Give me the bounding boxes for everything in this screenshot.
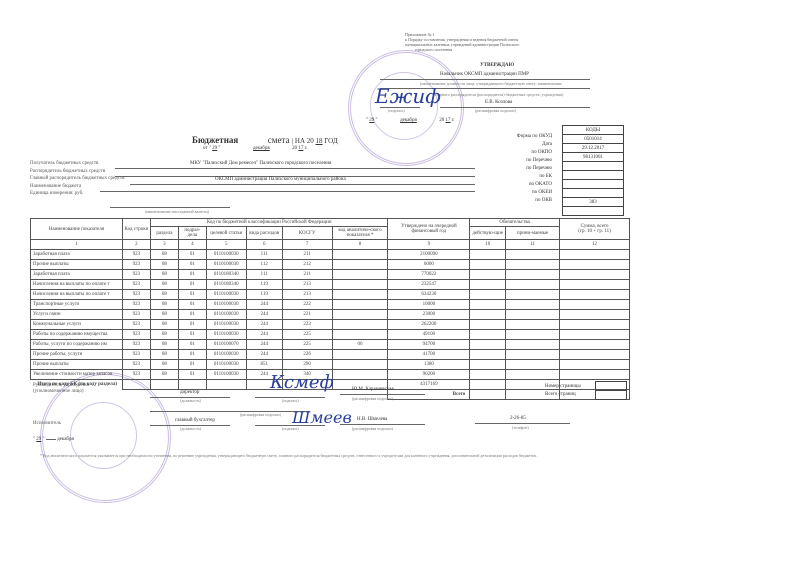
title-word1: Бюджетная xyxy=(192,135,238,145)
cell-code: 923 xyxy=(122,290,150,300)
cell-vid: 851 xyxy=(246,360,282,370)
column-number: 6 xyxy=(246,240,282,250)
cell-razdel: 08 xyxy=(150,260,178,270)
cell-empty xyxy=(506,330,560,340)
appendix-line: городского поселения xyxy=(405,47,605,52)
cell-kosgu: 223 xyxy=(282,320,332,330)
cell-approved: 23000 xyxy=(388,310,470,320)
cell-approved: 2100090 xyxy=(388,250,470,260)
cell-approved: 634230 xyxy=(388,290,470,300)
cell-empty xyxy=(470,320,506,330)
cell-analytic xyxy=(332,250,388,260)
table-row: Работы, услуги по содержанию им923080101… xyxy=(31,340,630,350)
cell-podrazdel: 01 xyxy=(178,280,206,290)
cell-analytic xyxy=(332,260,388,270)
code-perechen1 xyxy=(563,162,624,171)
cell-empty xyxy=(506,250,560,260)
header-approved: Утверждено на очередной финансовый год xyxy=(388,219,470,240)
code-label: по Перечню xyxy=(480,165,552,173)
code-okud: 0501014 xyxy=(563,135,624,144)
head-name: Ю.М. Караваевская xyxy=(352,387,394,393)
label-unit: Единица измерения: руб. xyxy=(30,191,124,199)
date-year-prefix: 20 xyxy=(292,146,297,151)
approver-signature: Ежиф xyxy=(375,84,441,108)
cell-code: 923 xyxy=(122,340,150,350)
column-number: 5 xyxy=(206,240,246,250)
cell-statya: 0110180340 xyxy=(206,280,246,290)
executor-position-caption: (должность) xyxy=(180,426,201,431)
cell-empty xyxy=(470,280,506,290)
cell-vid: 244 xyxy=(246,350,282,360)
cell-vid: 111 xyxy=(246,270,282,280)
cell-analytic xyxy=(332,360,388,370)
cell-empty xyxy=(506,280,560,290)
header-name: Наименование показателя xyxy=(31,219,123,240)
cell-empty xyxy=(560,280,630,290)
subtotal-value: 4317169 xyxy=(388,380,470,390)
cell-empty xyxy=(560,330,630,340)
column-number: 12 xyxy=(560,240,630,250)
cell-code: 923 xyxy=(122,280,150,290)
code-label: по ОКЕИ xyxy=(480,189,552,197)
document-title: Бюджетная смета | НА 20 18 ГОД xyxy=(192,135,338,145)
cell-empty xyxy=(506,370,560,380)
recipient-value: МКУ "Палехский Дом ремесел" Палехского г… xyxy=(190,161,331,167)
cell-empty xyxy=(470,270,506,280)
cell-razdel: 08 xyxy=(150,340,178,350)
page-number-cell xyxy=(596,382,627,391)
sign-date-day: 29 xyxy=(36,437,41,442)
cell-kosgu: 225 xyxy=(282,340,332,350)
cell-podrazdel: 01 xyxy=(178,300,206,310)
cell-approved: 90200 xyxy=(388,370,470,380)
table-row: Коммунальные услуги923080101101000302442… xyxy=(31,320,630,330)
cell-podrazdel: 01 xyxy=(178,330,206,340)
cell-analytic xyxy=(332,300,388,310)
cell-razdel: 08 xyxy=(150,360,178,370)
cell-razdel: 08 xyxy=(150,290,178,300)
column-numbers-row: 123456789101112 xyxy=(31,240,630,250)
cell-kosgu: 213 xyxy=(282,290,332,300)
header-razdel: раздела xyxy=(150,227,178,240)
label-budget: Наименование бюджета xyxy=(30,184,124,192)
code-okei: 383 xyxy=(563,198,624,207)
executor-name: Н.В. Шмелева xyxy=(357,417,387,423)
head-decode-caption: (расшифровка подписи) xyxy=(352,396,393,401)
cell-vid: 244 xyxy=(246,340,282,350)
cell-name: Начисления на выплаты по оплате т xyxy=(31,290,123,300)
cell-code: 923 xyxy=(122,300,150,310)
code-label: по ОКВ xyxy=(480,197,552,205)
cell-empty xyxy=(560,290,630,300)
cell-vid: 112 xyxy=(246,260,282,270)
head-label-2: (уполномоченное лицо) xyxy=(33,389,89,395)
codes-labels: Форма по ОКУД Дата по ОКПО по Перечню по… xyxy=(480,133,552,205)
decode-caption-mid: (расшифровка подписи) xyxy=(240,412,281,417)
cell-approved: 770022 xyxy=(388,270,470,280)
date-year: 17 xyxy=(298,146,303,151)
cell-name: Прочие выплаты xyxy=(31,360,123,370)
cell-empty xyxy=(470,330,506,340)
date-from: от xyxy=(203,146,208,151)
code-label: по ОКПО xyxy=(480,149,552,157)
cell-approved: 6000 xyxy=(388,260,470,270)
header-bk-group: Код по бюджетной классификации Российско… xyxy=(150,219,388,227)
table-row: Прочие выплаты92308010110100030112212600… xyxy=(31,260,630,270)
cell-razdel: 08 xyxy=(150,350,178,360)
code-label: по ОКАТО xyxy=(480,181,552,189)
cell-razdel: 08 xyxy=(150,250,178,260)
head-label: Руководитель учреждения (уполномоченное … xyxy=(33,383,89,395)
cell-empty xyxy=(560,310,630,320)
column-number: 11 xyxy=(506,240,560,250)
cell-statya: 0110100030 xyxy=(206,260,246,270)
head-position-caption: (должность) xyxy=(180,398,201,403)
approve-title: УТВЕРЖДАЮ xyxy=(480,63,514,69)
cell-analytic xyxy=(332,270,388,280)
cell-statya: 0110100030 xyxy=(206,330,246,340)
cell-name: Заработная плата xyxy=(31,270,123,280)
cell-podrazdel: 01 xyxy=(178,250,206,260)
cell-empty xyxy=(506,270,560,280)
approver-position: Начальник ОКСМП администрации ПМР xyxy=(440,72,529,78)
cell-analytic xyxy=(332,350,388,360)
cell-empty xyxy=(506,260,560,270)
cell-kosgu: 226 xyxy=(282,350,332,360)
cell-code: 923 xyxy=(122,260,150,270)
cell-razdel: 08 xyxy=(150,330,178,340)
label-recipient: Получатель бюджетных средств xyxy=(30,161,124,169)
cell-razdel: 08 xyxy=(150,270,178,280)
cell-approved: 1380 xyxy=(388,360,470,370)
approve-day: 29 xyxy=(369,118,374,123)
cell-statya: 0110100070 xyxy=(206,340,246,350)
cell-razdel: 08 xyxy=(150,320,178,330)
table-body: Заработная плата923080101101000301112112… xyxy=(31,250,630,380)
cell-empty xyxy=(560,260,630,270)
appendix-note: Приложение № 1 к Порядку составления, ут… xyxy=(405,32,605,52)
cell-empty xyxy=(560,250,630,260)
cell-statya: 0110100030 xyxy=(206,290,246,300)
cell-empty xyxy=(470,310,506,320)
approver-position-caption: (наименование должности лица, утверждающ… xyxy=(420,81,562,86)
header-vid: вида расходов xyxy=(246,227,282,240)
cell-vid: 244 xyxy=(246,300,282,310)
cell-vid: 244 xyxy=(246,320,282,330)
column-number: 4 xyxy=(178,240,206,250)
cell-name: Работы по содержанию имущества xyxy=(31,330,123,340)
cell-kosgu: 221 xyxy=(282,310,332,320)
header-obligations: Обязательства xyxy=(470,219,560,227)
cell-empty xyxy=(560,320,630,330)
cell-empty xyxy=(560,340,630,350)
cell-statya: 0110100030 xyxy=(206,350,246,360)
approver-decode-caption: (расшифровка подписи) xyxy=(475,108,516,113)
cell-empty xyxy=(470,250,506,260)
column-number: 1 xyxy=(31,240,123,250)
table-row: Транспортные услуги923080101101000302442… xyxy=(31,300,630,310)
title-god: ГОД xyxy=(324,137,337,145)
cell-vid: 119 xyxy=(246,280,282,290)
cell-code: 923 xyxy=(122,310,150,320)
cell-code: 923 xyxy=(122,350,150,360)
table-row: Услуги связи9230801011010003024422123000 xyxy=(31,310,630,320)
cell-empty xyxy=(506,360,560,370)
code-bk xyxy=(563,180,624,189)
table-row: Заработная плата923080101101000301112112… xyxy=(31,250,630,260)
cell-kosgu: 211 xyxy=(282,250,332,260)
head-signature: Ксмеф xyxy=(270,372,334,393)
approve-date: " 29 " декабря 20 17 г. xyxy=(366,118,455,124)
cell-kosgu: 211 xyxy=(282,270,332,280)
cell-vid: 244 xyxy=(246,330,282,340)
column-number: 10 xyxy=(470,240,506,250)
cell-statya: 0110100030 xyxy=(206,310,246,320)
cell-analytic xyxy=(332,330,388,340)
cell-analytic: 00 xyxy=(332,340,388,350)
title-year: 18 xyxy=(316,137,323,145)
table-row: Заработная плата923080101101803401112117… xyxy=(31,270,630,280)
main-manager-value: ОКСМП администрация Палехского муниципал… xyxy=(215,177,346,183)
header-podrazdel: подраз-дела xyxy=(178,227,206,240)
approve-year: 17 xyxy=(446,118,451,123)
cell-name: Коммунальные услуги xyxy=(31,320,123,330)
cell-podrazdel: 01 xyxy=(178,270,206,280)
cell-empty xyxy=(470,290,506,300)
cell-empty xyxy=(560,270,630,280)
year-suffix: г. xyxy=(452,118,455,123)
cell-empty xyxy=(506,300,560,310)
requisites-labels: Получатель бюджетных средств Распорядите… xyxy=(30,161,124,199)
cell-name: Транспортные услуги xyxy=(31,300,123,310)
cell-empty xyxy=(470,370,506,380)
cell-statya: 0110180340 xyxy=(206,270,246,280)
cell-approved: 41700 xyxy=(388,350,470,360)
cell-vid: 111 xyxy=(246,250,282,260)
cell-name: Начисления на выплаты по оплате т xyxy=(31,280,123,290)
code-label: Форма по ОКУД xyxy=(480,133,552,141)
column-number: 3 xyxy=(150,240,178,250)
date-month: декабря xyxy=(253,146,270,151)
head-sign-caption: (подпись) xyxy=(282,398,299,403)
cell-razdel: 08 xyxy=(150,300,178,310)
cell-podrazdel: 01 xyxy=(178,320,206,330)
cell-name: Увеличение стоимости матер запасов xyxy=(31,370,123,380)
cell-statya: 0110100030 xyxy=(206,250,246,260)
header-acting: действую-щие xyxy=(470,227,506,240)
cell-code: 923 xyxy=(122,320,150,330)
cell-statya: 0110100030 xyxy=(206,360,246,370)
executor-decode-caption: (расшифровка подписи) xyxy=(352,426,393,431)
code-okato xyxy=(563,189,624,198)
cell-vid: 244 xyxy=(246,310,282,320)
sign-date: " 29 " декабря xyxy=(33,437,74,443)
table-row: Начисления на выплаты по оплате т9230801… xyxy=(31,290,630,300)
cell-statya: 0110100030 xyxy=(206,370,246,380)
cell-empty xyxy=(470,340,506,350)
cell-podrazdel: 01 xyxy=(178,290,206,300)
cell-podrazdel: 01 xyxy=(178,260,206,270)
cell-approved: 232547 xyxy=(388,280,470,290)
cell-empty xyxy=(560,360,630,370)
cell-code: 923 xyxy=(122,360,150,370)
cell-podrazdel: 01 xyxy=(178,310,206,320)
code-label: по БК xyxy=(480,173,552,181)
cell-code: 923 xyxy=(122,330,150,340)
cell-empty xyxy=(470,260,506,270)
cell-vid: 119 xyxy=(246,290,282,300)
cell-kosgu: 212 xyxy=(282,260,332,270)
cell-code: 923 xyxy=(122,250,150,260)
header-statya: целевой статьи xyxy=(206,227,246,240)
cell-empty xyxy=(470,300,506,310)
title-word2: смета xyxy=(268,135,290,145)
cell-name: Работы, услуги по содержанию им xyxy=(31,340,123,350)
label-manager: Распорядитель бюджетных средств xyxy=(30,169,124,177)
code-okv xyxy=(563,207,624,216)
cell-statya: 0110100030 xyxy=(206,300,246,310)
pages-total-label: Всего страниц xyxy=(545,392,576,398)
cell-analytic xyxy=(332,280,388,290)
code-perechen2 xyxy=(563,171,624,180)
phone-caption: (телефон) xyxy=(512,425,529,430)
label-main-manager: Главный распорядитель бюджетных средств xyxy=(30,176,124,184)
cell-empty xyxy=(470,360,506,370)
executor-position: главный бухгалтер xyxy=(175,418,215,424)
approver-name: Е.В. Козлова xyxy=(485,100,512,106)
cell-name: Услуги связи xyxy=(31,310,123,320)
cell-analytic xyxy=(332,290,388,300)
table-row: Работы по содержанию имущества9230801011… xyxy=(31,330,630,340)
executor-sign-caption: (подпись) xyxy=(282,426,299,431)
column-number: 9 xyxy=(388,240,470,250)
cell-analytic xyxy=(332,320,388,330)
approver-org-caption: главного распорядителя (распорядителя) б… xyxy=(435,92,563,97)
cell-razdel: 08 xyxy=(150,280,178,290)
cell-empty xyxy=(506,290,560,300)
executor-label: Исполнитель xyxy=(33,421,61,427)
cell-podrazdel: 01 xyxy=(178,360,206,370)
cell-kosgu: 225 xyxy=(282,330,332,340)
pages-total-cell xyxy=(596,391,627,400)
date-day: 29 xyxy=(212,146,217,151)
cell-empty xyxy=(506,320,560,330)
cell-code: 923 xyxy=(122,270,150,280)
cell-approved: 49100 xyxy=(388,330,470,340)
cell-podrazdel: 01 xyxy=(178,370,206,380)
approve-year-prefix: 20 xyxy=(439,118,444,123)
header-analytic: код аналитиче-ского показателя * xyxy=(332,227,388,240)
header-total-sub: (гр. 10 + гр. 11) xyxy=(578,229,611,234)
cell-empty xyxy=(560,350,630,360)
cell-name: Прочие выплаты xyxy=(31,260,123,270)
cell-name: Заработная плата xyxy=(31,250,123,260)
title-na: НА 20 xyxy=(295,137,314,145)
currency-caption: (наименование иностранной валюты) xyxy=(145,209,209,214)
executor-phone: 2-26-85 xyxy=(510,416,526,422)
cell-kosgu: 213 xyxy=(282,280,332,290)
codes-table: КОДЫ 0501014 29.12.2017 98131001 383 xyxy=(562,125,624,216)
column-number: 7 xyxy=(282,240,332,250)
head-position: директор xyxy=(180,390,199,396)
column-number: 2 xyxy=(122,240,150,250)
pages-box xyxy=(595,381,627,400)
header-code: Код строки xyxy=(122,219,150,240)
table-row: Прочие выплаты92308010110100030851290138… xyxy=(31,360,630,370)
date-g: г. xyxy=(305,146,308,151)
code-label: Дата xyxy=(480,141,552,149)
table-row: Прочие работы, услуги9230801011010003024… xyxy=(31,350,630,360)
codes-header: КОДЫ xyxy=(563,126,624,135)
cell-razdel: 08 xyxy=(150,370,178,380)
approve-month: декабря xyxy=(400,118,417,123)
page-number-label: Номер страницы xyxy=(545,384,581,390)
header-total: Сумма, всего(гр. 10 + гр. 11) xyxy=(560,219,630,240)
approver-sign-caption: (подпись) xyxy=(388,108,405,113)
sign-date-month: декабря xyxy=(57,437,74,442)
cell-kosgu: 222 xyxy=(282,300,332,310)
cell-approved: 10000 xyxy=(388,300,470,310)
column-number: 8 xyxy=(332,240,388,250)
cell-analytic xyxy=(332,310,388,320)
table-row: Начисления на выплаты по оплате т9230801… xyxy=(31,280,630,290)
cell-statya: 0110100030 xyxy=(206,320,246,330)
cell-empty xyxy=(560,370,630,380)
cell-empty xyxy=(506,340,560,350)
code-label: по Перечню xyxy=(480,157,552,165)
cell-empty xyxy=(506,350,560,360)
cell-approved: 94700 xyxy=(388,340,470,350)
cell-empty xyxy=(560,300,630,310)
cell-empty xyxy=(470,350,506,360)
cell-code: 923 xyxy=(122,370,150,380)
code-okpo: 98131001 xyxy=(563,153,624,162)
cell-approved: 262200 xyxy=(388,320,470,330)
cell-analytic xyxy=(332,370,388,380)
cell-empty xyxy=(506,310,560,320)
header-accepted: прини-маемые xyxy=(506,227,560,240)
document-date: от " 29 " декабря 20 17 г. xyxy=(203,146,307,152)
code-date: 29.12.2017 xyxy=(563,144,624,153)
cell-kosgu: 290 xyxy=(282,360,332,370)
cell-name: Прочие работы, услуги xyxy=(31,350,123,360)
cell-podrazdel: 01 xyxy=(178,340,206,350)
cell-razdel: 08 xyxy=(150,310,178,320)
footnote: * Код аналитического показателя указывае… xyxy=(40,453,600,458)
cell-podrazdel: 01 xyxy=(178,350,206,360)
header-kosgu: КОСГУ xyxy=(282,227,332,240)
official-stamp-bottom-inner xyxy=(70,402,137,469)
